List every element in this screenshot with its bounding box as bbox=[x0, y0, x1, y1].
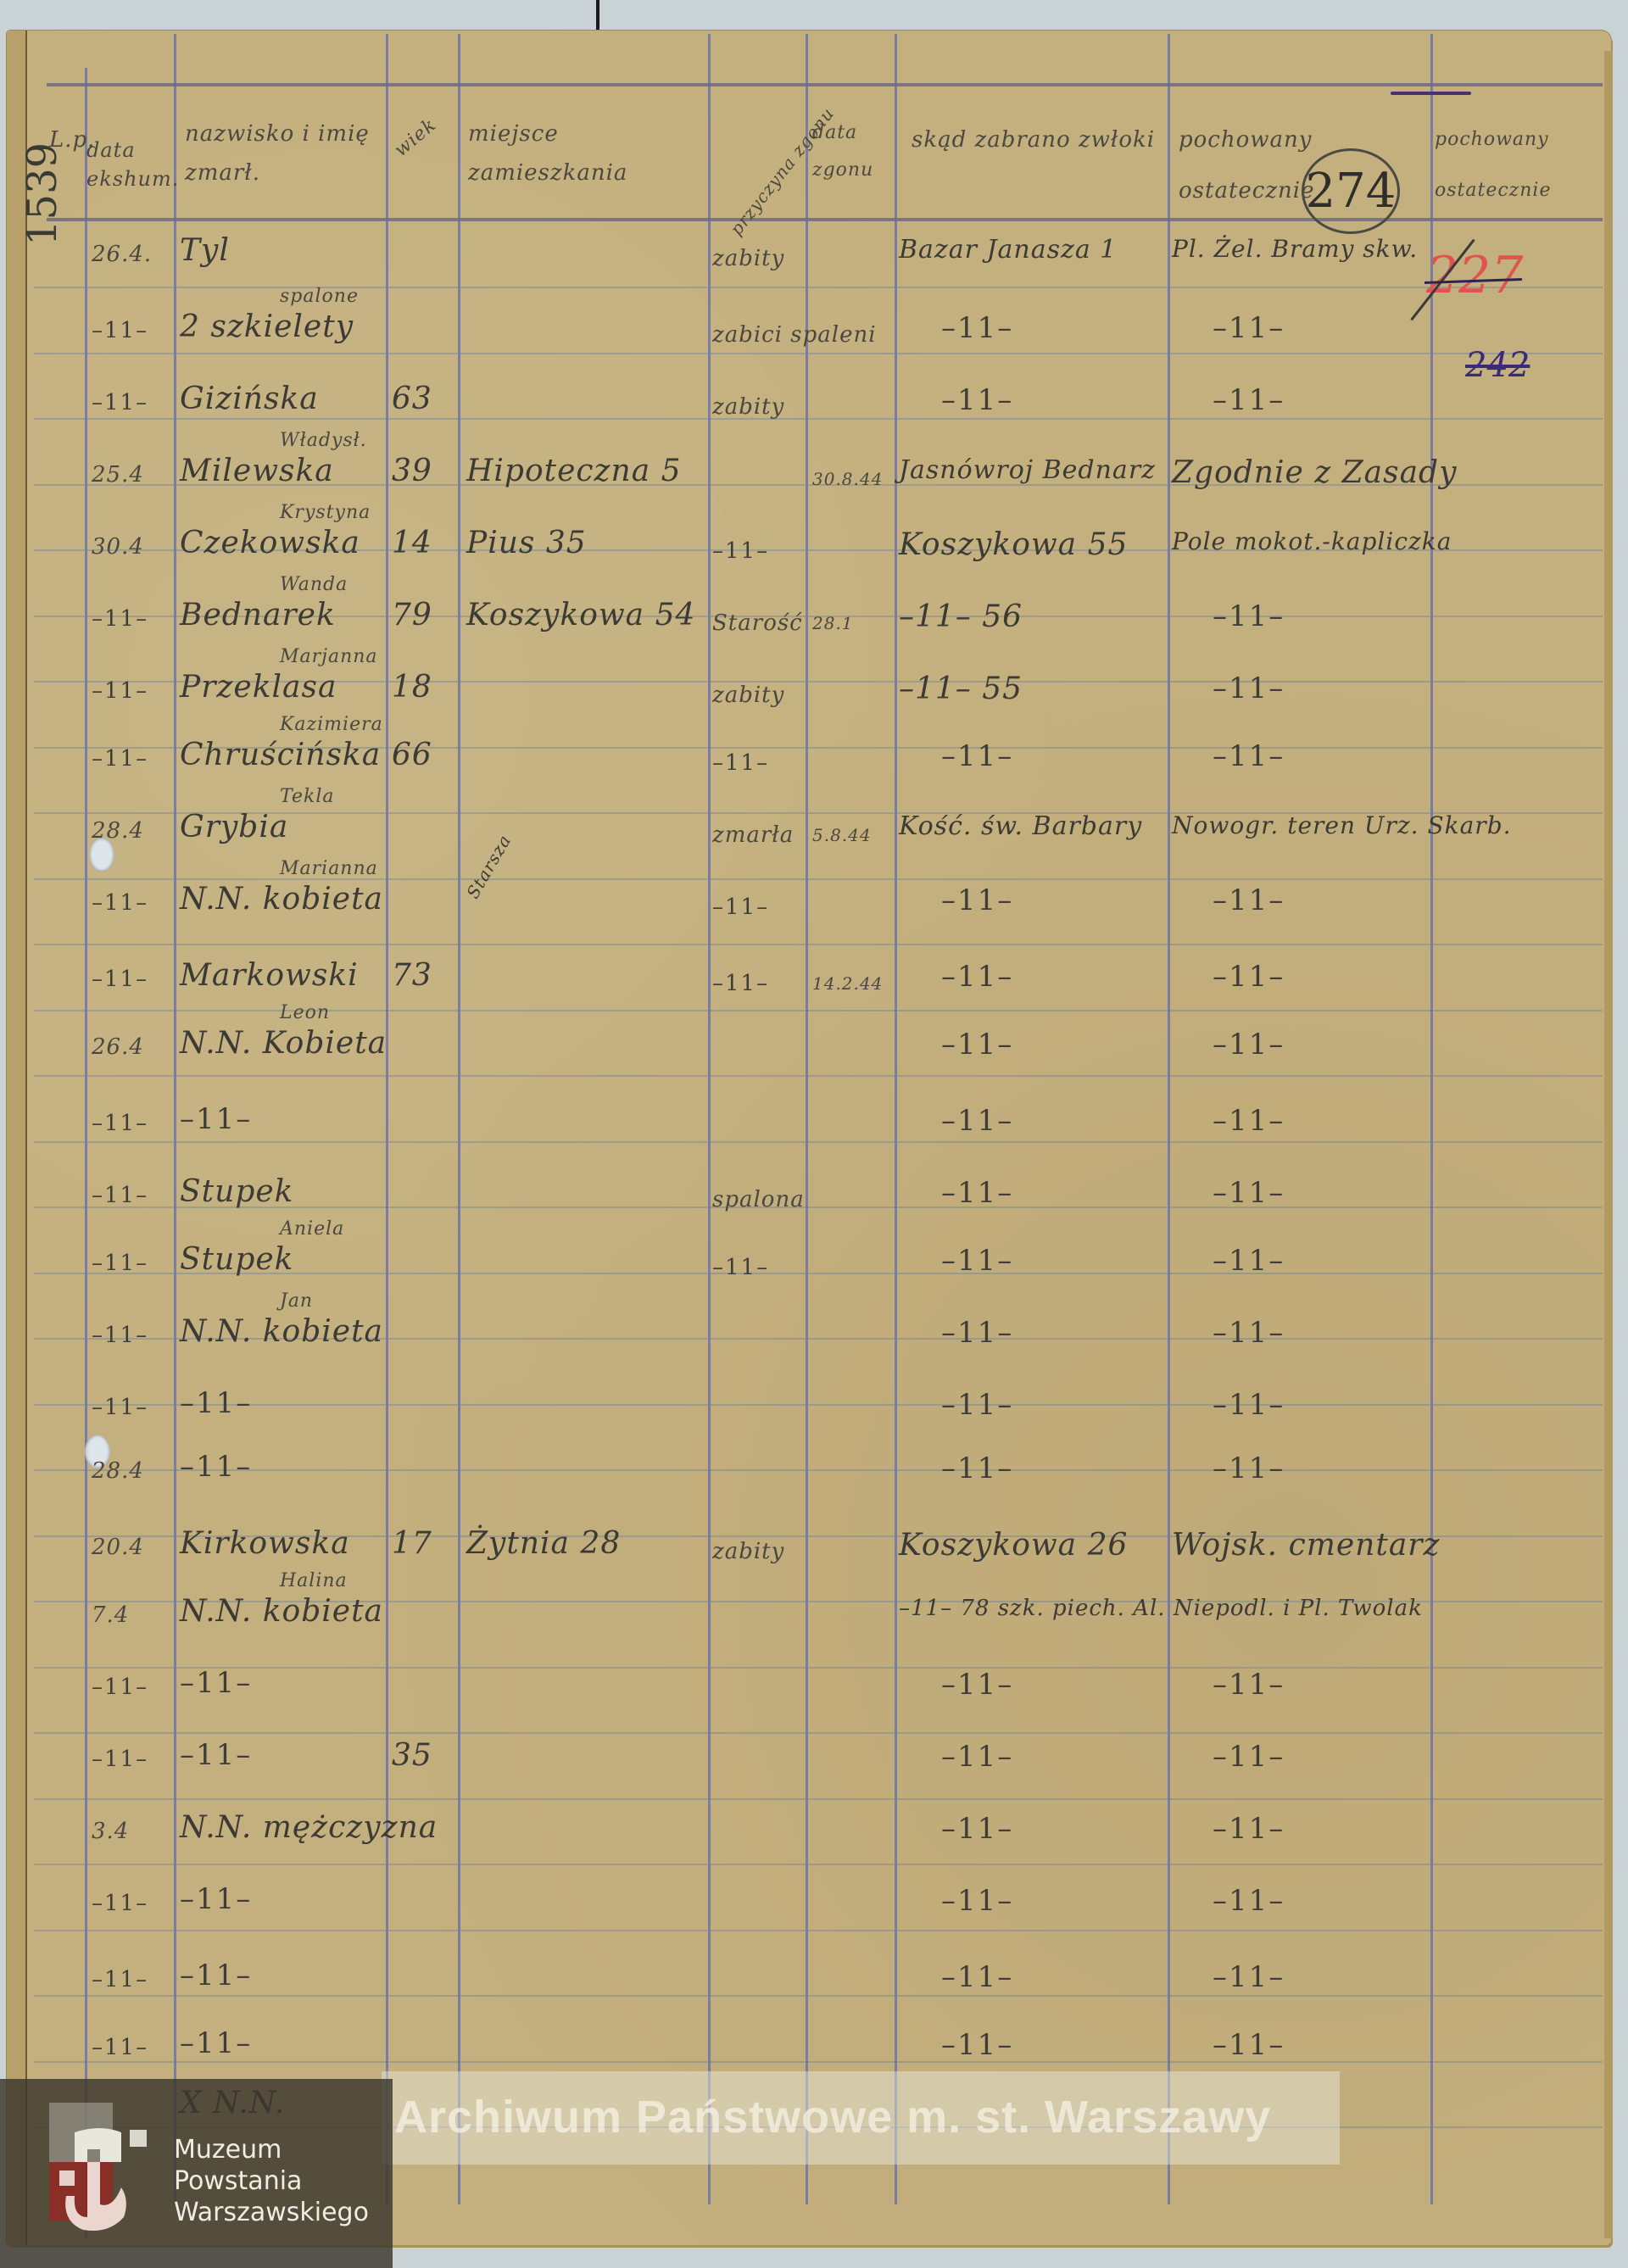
cell-name: Stupek bbox=[180, 1242, 293, 1277]
cell-date: –11– bbox=[92, 390, 148, 415]
cell-age: 39 bbox=[392, 454, 432, 488]
logo-line-2: Powstania bbox=[174, 2165, 369, 2197]
cell-date: –11– bbox=[92, 1395, 148, 1420]
ruled-line bbox=[34, 1075, 1603, 1077]
column-line bbox=[85, 68, 87, 2238]
cell-date: 3.4 bbox=[92, 1819, 129, 1844]
column-line bbox=[806, 34, 808, 2204]
cell-first-name: spalone bbox=[280, 286, 359, 307]
cell-buried: Wojsk. cmentarz bbox=[1172, 1528, 1440, 1563]
cell-cause: zabici spaleni bbox=[712, 322, 877, 348]
cell-name: –11– bbox=[180, 1959, 252, 1992]
cell-from: –11– bbox=[941, 1388, 1013, 1422]
cell-name: Milewska bbox=[180, 454, 334, 488]
cell-first-name: Kazimiera bbox=[280, 714, 383, 735]
cell-age: 35 bbox=[392, 1738, 432, 1773]
cell-residence: Pius 35 bbox=[466, 526, 587, 560]
cell-age: 14 bbox=[392, 526, 432, 560]
cell-date: –11– bbox=[92, 1111, 148, 1136]
column-line bbox=[1168, 34, 1170, 2204]
cell-name: –11– bbox=[180, 2026, 252, 2060]
cell-from: –11– bbox=[941, 1028, 1013, 1062]
cell-name: –11– bbox=[180, 1738, 252, 1772]
cell-date: –11– bbox=[92, 1891, 148, 1916]
cell-first-name: Krystyna bbox=[280, 502, 371, 523]
ruled-line bbox=[34, 287, 1603, 288]
cell-from: –11– bbox=[941, 2028, 1013, 2062]
ruled-line bbox=[34, 1404, 1603, 1406]
cell-name: Grybia bbox=[180, 810, 288, 844]
cell-cause: –11– bbox=[712, 1255, 769, 1280]
cell-name: Gizińska bbox=[180, 382, 319, 416]
header-death-date: data zgonu bbox=[812, 114, 893, 189]
cell-from: Jasnówroj Bednarz bbox=[899, 455, 1156, 485]
cell-first-name: Marianna bbox=[280, 858, 378, 879]
cell-death-date: 28.1 bbox=[812, 613, 854, 633]
cell-date: –11– bbox=[92, 1251, 148, 1276]
cell-date: –11– bbox=[92, 1747, 148, 1772]
cell-first-name: Tekla bbox=[280, 786, 334, 807]
page-right-edge bbox=[1604, 51, 1613, 2238]
cell-first-name: Wanda bbox=[280, 574, 348, 595]
cell-residence: Koszykowa 54 bbox=[466, 598, 695, 632]
ruled-line bbox=[34, 1469, 1603, 1471]
cell-from: –11– 55 bbox=[899, 671, 1023, 706]
cell-buried: –11– bbox=[1213, 1176, 1285, 1210]
cell-cause: Starość bbox=[712, 610, 803, 636]
column-line bbox=[895, 34, 897, 2204]
ruled-line bbox=[34, 1667, 1603, 1669]
cell-age: 18 bbox=[392, 670, 432, 705]
ruled-line bbox=[34, 1995, 1603, 1997]
cell-date: –11– bbox=[92, 1183, 148, 1208]
cell-first-name: Aniela bbox=[280, 1218, 344, 1240]
cell-buried: –11– bbox=[1213, 1884, 1285, 1918]
ruled-line bbox=[34, 2061, 1603, 2063]
ruled-line bbox=[34, 944, 1603, 945]
ruled-line bbox=[34, 1798, 1603, 1800]
cell-name: Stupek bbox=[180, 1174, 293, 1209]
header-residence: miejsce zamieszkania bbox=[468, 114, 697, 192]
cell-name: Przeklasa bbox=[180, 670, 337, 705]
cell-date: 20.4 bbox=[92, 1535, 144, 1560]
header-date: data ekshum. bbox=[86, 136, 171, 193]
cell-from: –11– bbox=[941, 1316, 1013, 1350]
cell-name: N.N. kobieta bbox=[180, 1314, 383, 1349]
cell-from: –11– bbox=[941, 311, 1013, 345]
cell-name: –11– bbox=[180, 1666, 252, 1700]
red-pencil-number: 227 bbox=[1426, 246, 1524, 305]
cell-cause: zabity bbox=[712, 1539, 784, 1564]
cell-date: 26.4 bbox=[92, 1034, 144, 1060]
cell-buried: –11– bbox=[1213, 1244, 1285, 1278]
ruled-line bbox=[34, 1864, 1603, 1865]
cell-date: –11– bbox=[92, 890, 148, 916]
cell-cause: –11– bbox=[712, 750, 769, 776]
cell-buried: –11– bbox=[1213, 1668, 1285, 1702]
cell-from: –11– bbox=[941, 1812, 1013, 1846]
violet-mark bbox=[1391, 92, 1471, 95]
cell-cause: zabity bbox=[712, 246, 784, 271]
cell-from: Koszykowa 26 bbox=[899, 1528, 1128, 1563]
cell-date: 25.4 bbox=[92, 462, 144, 488]
cell-from: –11– bbox=[941, 1884, 1013, 1918]
cell-cause: spalona bbox=[712, 1187, 805, 1212]
cell-from: –11– bbox=[941, 383, 1013, 417]
cell-buried: –11– bbox=[1213, 1316, 1285, 1350]
cell-buried: –11– bbox=[1213, 2028, 1285, 2062]
cell-age: 79 bbox=[392, 598, 432, 632]
cell-date: –11– bbox=[92, 606, 148, 632]
cell-buried: –11– bbox=[1213, 383, 1285, 417]
cell-from: –11– 56 bbox=[899, 599, 1023, 634]
cell-buried: –11– bbox=[1213, 1104, 1285, 1138]
header-remarks: pochowany ostatecznie bbox=[1435, 114, 1596, 216]
cell-name: –11– bbox=[180, 1450, 252, 1484]
cell-buried: Zgodnie z Zasady bbox=[1172, 455, 1457, 490]
cell-date: –11– bbox=[92, 1967, 148, 1992]
cell-from: –11– bbox=[941, 1452, 1013, 1485]
cell-buried: –11– bbox=[1213, 1452, 1285, 1485]
cell-name: N.N. kobieta bbox=[180, 882, 383, 917]
cell-from: –11– bbox=[941, 1668, 1013, 1702]
cell-buried: Pl. Żel. Bramy skw. bbox=[1172, 235, 1418, 263]
cell-death-date: 5.8.44 bbox=[812, 825, 872, 845]
cell-date: 26.4. bbox=[92, 242, 152, 267]
cell-death-date: 30.8.44 bbox=[812, 469, 883, 489]
cell-from: –11– bbox=[941, 1960, 1013, 1994]
cell-from: –11– bbox=[941, 1244, 1013, 1278]
page-left-edge bbox=[7, 31, 27, 2245]
cell-date: –11– bbox=[92, 678, 148, 704]
cell-cause: zabity bbox=[712, 683, 784, 708]
binding-mark bbox=[596, 0, 599, 31]
header-top-rule bbox=[47, 83, 1603, 86]
cell-date: 28.4 bbox=[92, 818, 144, 844]
cell-first-name: Marjanna bbox=[280, 646, 378, 667]
ruled-line bbox=[34, 1141, 1603, 1143]
cell-buried: –11– bbox=[1213, 1028, 1285, 1062]
cell-buried: –11– bbox=[1213, 311, 1285, 345]
cell-date: –11– bbox=[92, 1675, 148, 1700]
cell-from: –11– bbox=[941, 960, 1013, 994]
cell-cause: zabity bbox=[712, 394, 784, 420]
cell-buried: –11– bbox=[1213, 883, 1285, 917]
cell-date: –11– bbox=[92, 318, 148, 343]
cell-name: –11– bbox=[180, 1882, 252, 1916]
cell-name: N.N. kobieta bbox=[180, 1594, 383, 1629]
cell-date: 7.4 bbox=[92, 1602, 129, 1628]
cell-name: Kirkowska bbox=[180, 1526, 350, 1561]
cell-cause: –11– bbox=[712, 894, 769, 920]
cell-name: Chruścińska bbox=[180, 738, 381, 772]
cell-buried: –11– bbox=[1213, 599, 1285, 633]
cell-age: 66 bbox=[392, 738, 432, 772]
cell-first-name: Władysł. bbox=[280, 430, 367, 451]
cell-residence: Hipoteczna 5 bbox=[466, 454, 682, 488]
cell-first-name: Leon bbox=[280, 1002, 330, 1023]
vertical-register-number: 1539 bbox=[19, 142, 66, 246]
column-line bbox=[174, 34, 176, 2204]
cell-buried: –11– bbox=[1213, 1812, 1285, 1846]
cell-name: –11– bbox=[180, 1386, 252, 1420]
cell-buried: –11– bbox=[1213, 960, 1285, 994]
column-line bbox=[458, 34, 460, 2204]
cell-name: N.N. Kobieta bbox=[180, 1026, 387, 1061]
cell-first-name: Jan bbox=[280, 1290, 313, 1312]
cell-name: Bednarek bbox=[180, 598, 336, 632]
cell-name: –11– bbox=[180, 1102, 252, 1136]
logo-line-3: Warszawskiego bbox=[174, 2197, 369, 2228]
violet-number: 242 bbox=[1465, 346, 1530, 385]
cell-from: –11– bbox=[941, 739, 1013, 773]
header-from: skąd zabrano zwłoki bbox=[912, 114, 1157, 165]
cell-buried: –11– bbox=[1213, 1388, 1285, 1422]
cell-date: –11– bbox=[92, 1323, 148, 1348]
cell-cause: zmarła bbox=[712, 822, 794, 848]
cell-from: Kość. św. Barbary bbox=[899, 811, 1142, 841]
cell-first-name: Halina bbox=[280, 1570, 348, 1591]
cell-from: –11– bbox=[941, 1104, 1013, 1138]
cell-from: –11– 78 szk. piech. Al. Niepodl. i Pl. T… bbox=[899, 1596, 1423, 1621]
cell-name: 2 szkielety bbox=[180, 309, 354, 344]
ruled-line bbox=[34, 418, 1603, 420]
cell-from: –11– bbox=[941, 1740, 1013, 1774]
cell-buried: –11– bbox=[1213, 1740, 1285, 1774]
ruled-line bbox=[34, 353, 1603, 354]
cell-buried: Pole mokot.-kapliczka bbox=[1172, 527, 1452, 555]
cell-from: –11– bbox=[941, 1176, 1013, 1210]
cell-from: Bazar Janasza 1 bbox=[899, 235, 1117, 265]
cell-death-date: 14.2.44 bbox=[812, 973, 883, 994]
archive-watermark-text: Archiwum Państwowe m. st. Warszawy bbox=[394, 2091, 1271, 2143]
cell-from: Koszykowa 55 bbox=[899, 527, 1128, 562]
cell-name: Czekowska bbox=[180, 526, 360, 560]
ruled-line bbox=[34, 1010, 1603, 1011]
cell-name: Markowski bbox=[180, 958, 359, 993]
cell-buried: –11– bbox=[1213, 739, 1285, 773]
ruled-line bbox=[34, 1732, 1603, 1734]
cell-age: 63 bbox=[392, 382, 432, 416]
column-line bbox=[386, 34, 388, 2204]
column-line bbox=[708, 34, 711, 2204]
cell-buried: Nowogr. teren Urz. Skarb. bbox=[1172, 811, 1512, 839]
column-line bbox=[1430, 34, 1433, 2204]
cell-residence: Żytnia 28 bbox=[466, 1526, 621, 1561]
cell-age: 73 bbox=[392, 958, 432, 993]
circled-page-number: 274 bbox=[1302, 148, 1400, 234]
anchor-logo-icon bbox=[49, 2103, 151, 2238]
cell-cause: –11– bbox=[712, 538, 769, 564]
cell-cause: –11– bbox=[712, 971, 769, 996]
cell-name: Tyl bbox=[180, 233, 230, 268]
cell-date: 28.4 bbox=[92, 1458, 144, 1484]
cell-from: –11– bbox=[941, 883, 1013, 917]
cell-date: –11– bbox=[92, 746, 148, 772]
header-name: nazwisko i imię zmarł. bbox=[185, 114, 380, 192]
cell-buried: –11– bbox=[1213, 1960, 1285, 1994]
header-buried: pochowany ostatecznie bbox=[1179, 114, 1306, 216]
cell-date: 30.4 bbox=[92, 534, 144, 560]
ruled-line bbox=[34, 1930, 1603, 1931]
logo-line-1: Muzeum bbox=[174, 2134, 369, 2165]
cell-date: –11– bbox=[92, 967, 148, 992]
cell-age: 17 bbox=[392, 1526, 432, 1561]
ruled-line bbox=[34, 878, 1603, 880]
cell-name: N.N. mężczyzna bbox=[180, 1810, 438, 1845]
cell-date: –11– bbox=[92, 2035, 148, 2060]
museum-logo-text: Muzeum Powstania Warszawskiego bbox=[174, 2134, 369, 2228]
cell-buried: –11– bbox=[1213, 671, 1285, 705]
